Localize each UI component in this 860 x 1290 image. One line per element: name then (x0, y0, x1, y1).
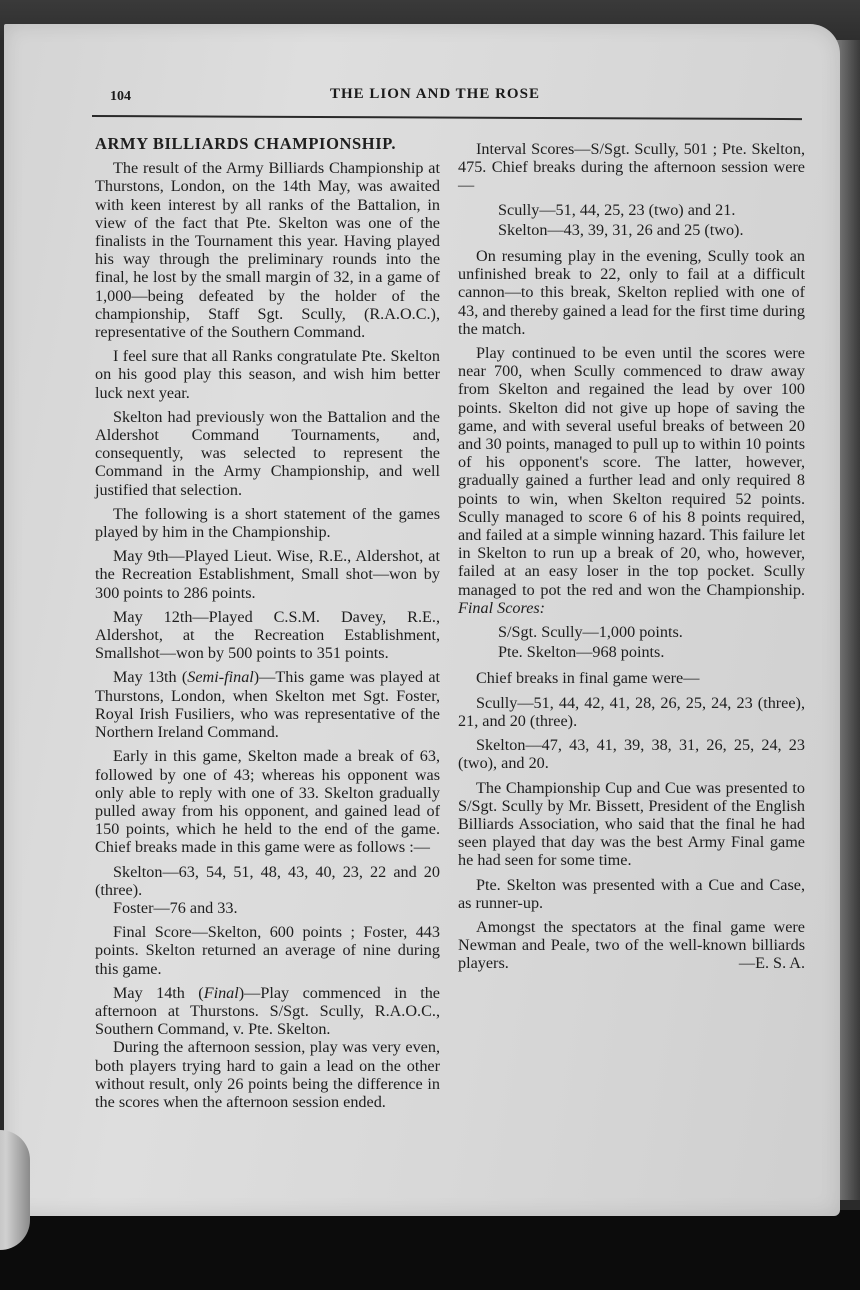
signature: —E. S. A. (721, 954, 805, 972)
thumb (0, 1130, 30, 1250)
paragraph: During the afternoon session, play was v… (95, 1038, 440, 1111)
breaks-skelton: Skelton—43, 39, 31, 26 and 25 (two). (458, 221, 805, 239)
paragraph: Play continued to be even until the scor… (458, 344, 805, 617)
semi-final-label: Semi-final (187, 668, 254, 686)
final-score-scully: S/Sgt. Scully—1,000 points. (458, 623, 805, 641)
final-breaks-scully: Scully—51, 44, 42, 41, 28, 26, 25, 24, 2… (458, 694, 805, 730)
right-column: Interval Scores—S/Sgt. Scully, 501 ; Pte… (458, 140, 805, 979)
paragraph: The Championship Cup and Cue was present… (458, 779, 805, 870)
page-number: 104 (110, 89, 131, 105)
paragraph: Interval Scores—S/Sgt. Scully, 501 ; Pte… (458, 140, 805, 195)
semi-final-paragraph: May 13th (Semi-final)—This game was play… (95, 668, 440, 741)
running-title: THE LION AND THE ROSE (330, 86, 540, 103)
background-bottom (0, 1210, 860, 1290)
final-paragraph: May 14th (Final)—Play commenced in the a… (95, 984, 440, 1039)
paragraph: Amongst the spectators at the final game… (458, 918, 805, 973)
paragraph: Skelton had previously won the Battalion… (95, 408, 440, 499)
paragraph: Final Score—Skelton, 600 points ; Foster… (95, 923, 440, 978)
paragraph: Chief breaks in final game were— (458, 669, 805, 687)
page-header: 104 THE LION AND THE ROSE (110, 85, 800, 109)
final-label: Final (204, 984, 239, 1002)
left-column: ARMY BILLIARDS CHAMPIONSHIP. The result … (95, 135, 440, 1117)
paragraph: Early in this game, Skelton made a break… (95, 747, 440, 856)
breaks-foster: Foster—76 and 33. (95, 899, 440, 917)
paragraph: I feel sure that all Ranks congratulate … (95, 347, 440, 402)
breaks-skelton: Skelton—63, 54, 51, 48, 43, 40, 23, 22 a… (95, 863, 440, 899)
final-scores-label: Final Scores: (458, 599, 545, 617)
paragraph: The following is a short statement of th… (95, 505, 440, 541)
final-breaks-skelton: Skelton—47, 43, 41, 39, 38, 31, 26, 25, … (458, 736, 805, 772)
article-title: ARMY BILLIARDS CHAMPIONSHIP. (95, 135, 440, 153)
paragraph: The result of the Army Billiards Champio… (95, 159, 440, 341)
paragraph: May 9th—Played Lieut. Wise, R.E., Alders… (95, 547, 440, 602)
paragraph: Pte. Skelton was presented with a Cue an… (458, 876, 805, 912)
final-score-skelton: Pte. Skelton—968 points. (458, 643, 805, 661)
paragraph: May 12th—Played C.S.M. Davey, R.E., Alde… (95, 608, 440, 663)
paragraph: On resuming play in the evening, Scully … (458, 247, 805, 338)
breaks-scully: Scully—51, 44, 25, 23 (two) and 21. (458, 201, 805, 219)
